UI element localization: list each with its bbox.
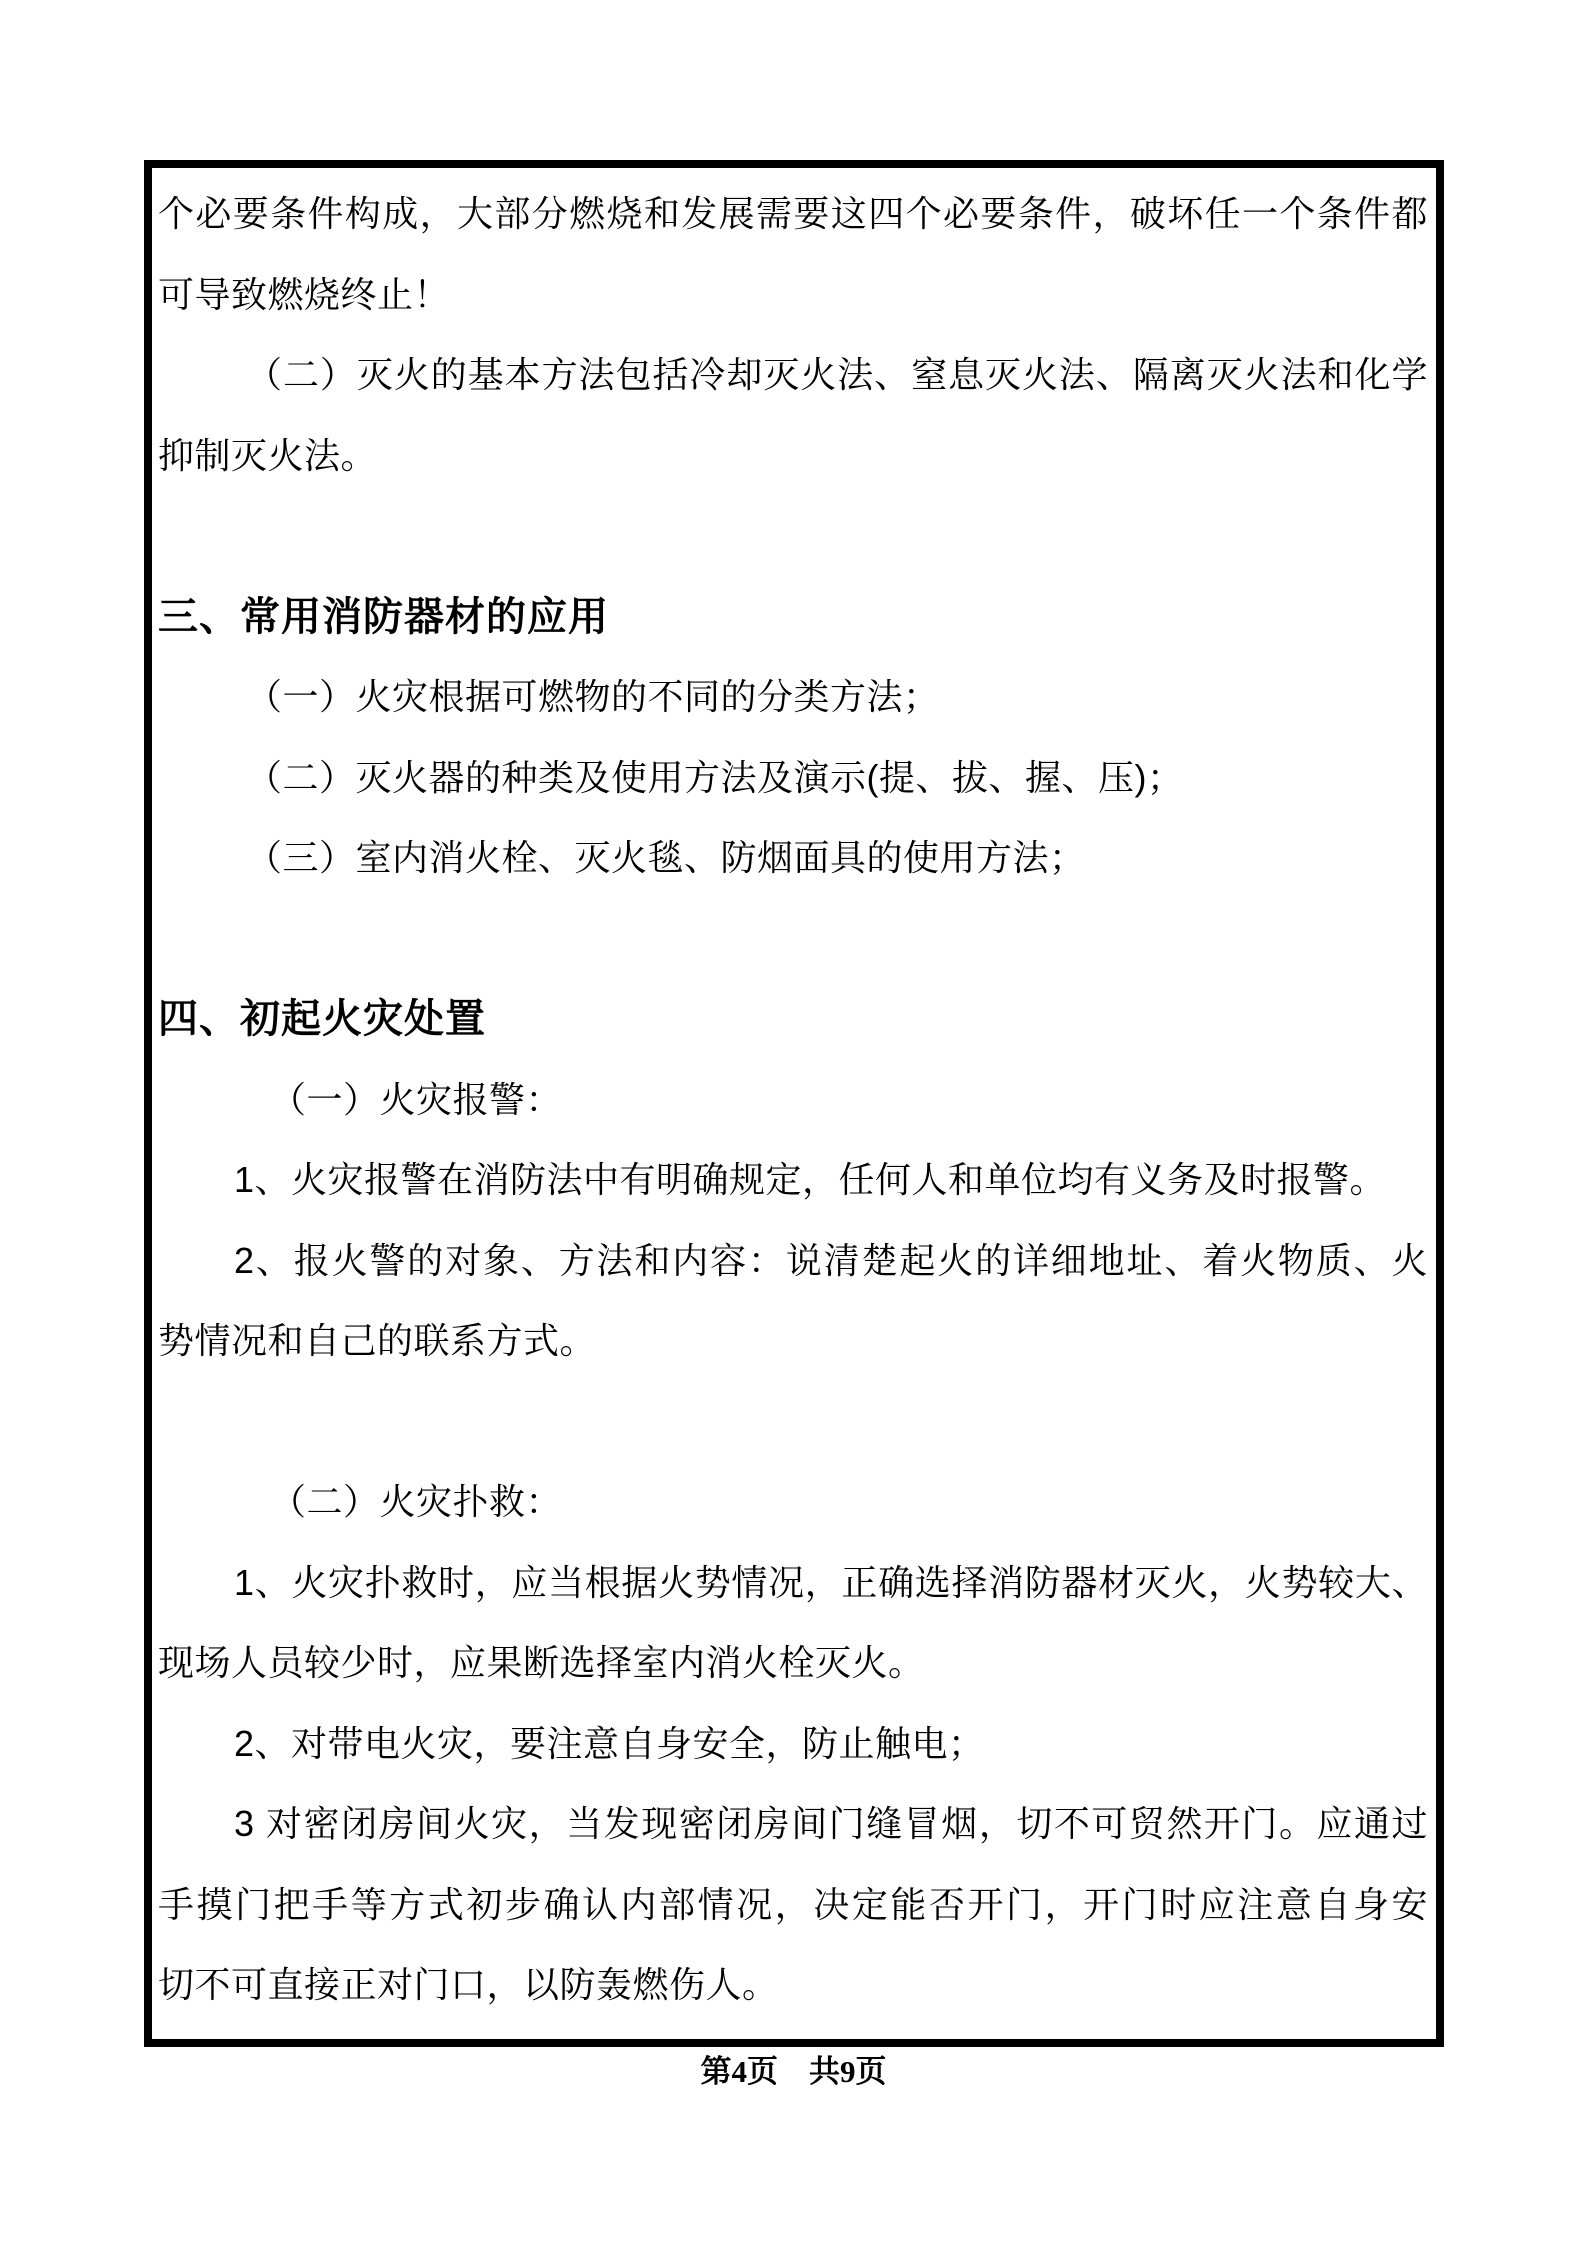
page-footer: 第4页 共9页	[0, 2054, 1587, 2090]
text-line: （二）灭火器的种类及使用方法及演示(提、拔、握、压)；	[158, 738, 1428, 819]
blank-line	[158, 899, 1428, 980]
text-line: （二）火灾扑救：	[158, 1462, 1428, 1543]
section-heading-initial-fire-handling: 四、初起火灾处置	[158, 979, 1428, 1060]
page: { "colors": { "background": "#ffffff", "…	[0, 0, 1587, 2245]
text-line: 1、火灾报警在消防法中有明确规定，任何人和单位均有义务及时报警。	[158, 1140, 1428, 1221]
section-heading-common-equipment: 三、常用消防器材的应用	[158, 577, 1428, 658]
document-border-box: 个必要条件构成，大部分燃烧和发展需要这四个必要条件，破坏任一个条件都 可导致燃烧…	[144, 160, 1444, 2047]
text-line: 现场人员较少时，应果断选择室内消火栓灭火。	[158, 1623, 1428, 1704]
text-line: 抑制灭火法。	[158, 416, 1428, 497]
text-line: 手摸门把手等方式初步确认内部情况，决定能否开门，开门时应注意自身安全，	[158, 1865, 1428, 1946]
blank-line	[158, 1382, 1428, 1463]
text-line: （一）火灾报警：	[158, 1060, 1428, 1141]
text-line: 个必要条件构成，大部分燃烧和发展需要这四个必要条件，破坏任一个条件都	[158, 174, 1428, 255]
text-line: （三）室内消火栓、灭火毯、防烟面具的使用方法；	[158, 818, 1428, 899]
text-line: 可导致燃烧终止！	[158, 255, 1428, 336]
text-line: 切不可直接正对门口，以防轰燃伤人。	[158, 1945, 1428, 2026]
text-line: 1、火灾扑救时，应当根据火势情况，正确选择消防器材灭火，火势较大、	[158, 1543, 1428, 1624]
text-line: 3 对密闭房间火灾，当发现密闭房间门缝冒烟，切不可贸然开门。应通过	[158, 1784, 1428, 1865]
text-line: 2、报火警的对象、方法和内容：说清楚起火的详细地址、着火物质、火	[158, 1221, 1428, 1302]
text-line: 势情况和自己的联系方式。	[158, 1301, 1428, 1382]
text-line: （一）火灾根据可燃物的不同的分类方法；	[158, 657, 1428, 738]
text-line: 2、对带电火灾，要注意自身安全，防止触电；	[158, 1704, 1428, 1785]
text-line: （二）灭火的基本方法包括冷却灭火法、窒息灭火法、隔离灭火法和化学	[158, 335, 1428, 416]
blank-line	[158, 496, 1428, 577]
